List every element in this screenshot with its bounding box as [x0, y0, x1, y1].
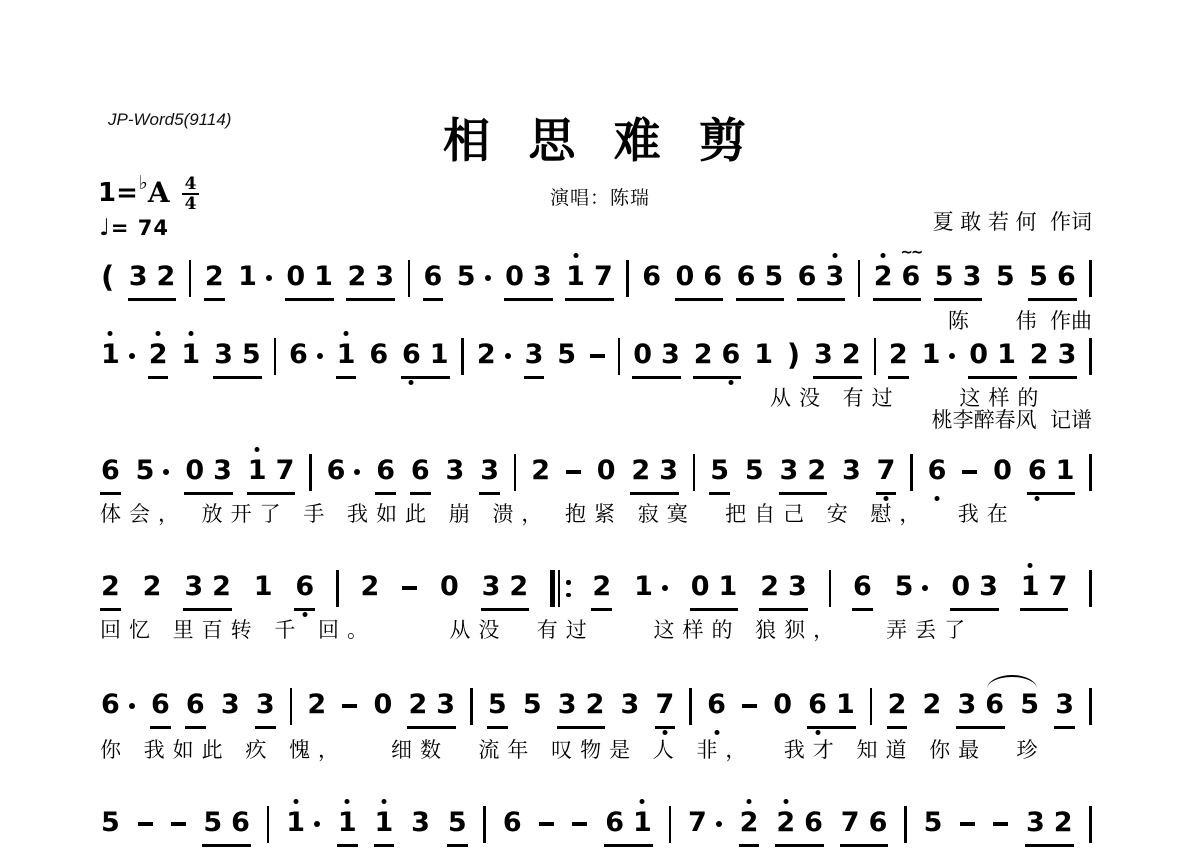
- beam-group: [538, 806, 555, 830]
- note: 2: [307, 688, 326, 722]
- parenthesis: ): [787, 338, 800, 372]
- dash-note: [566, 470, 581, 474]
- beam-group: 6: [641, 260, 662, 298]
- music-line-3: 6503176663320235532376061: [100, 454, 1092, 495]
- octave-down-dot: [1035, 496, 1040, 501]
- beam-group: 61: [807, 688, 856, 729]
- beam-group: 6: [927, 454, 948, 492]
- note: 1: [101, 338, 120, 372]
- note: 3: [979, 570, 998, 604]
- beam-group: 7: [876, 454, 897, 495]
- note: 3: [957, 688, 976, 722]
- note-number: 6: [737, 261, 756, 292]
- octave-up-dot: [1028, 563, 1033, 568]
- note-number: 6: [295, 571, 314, 602]
- octave-up-dot: [156, 331, 161, 336]
- octave-up-dot: [783, 799, 788, 804]
- note-number: 3: [780, 455, 799, 486]
- octave-up-dot: [108, 331, 113, 336]
- note-number: 2: [874, 261, 893, 292]
- note: 1: [633, 806, 652, 840]
- note-number: 1: [101, 339, 120, 370]
- note: 0: [185, 454, 204, 488]
- note-number: 2: [760, 571, 779, 602]
- note: 2: [874, 260, 893, 294]
- beam-group: 0: [772, 688, 793, 726]
- note-number: 3: [1058, 339, 1077, 370]
- beam-group: 2: [359, 570, 380, 608]
- note: 5: [203, 806, 222, 840]
- dash-note: [402, 586, 417, 590]
- beam-group: 32: [1025, 806, 1074, 847]
- meter-numerator: 4: [182, 175, 200, 193]
- beam-group: [341, 688, 358, 712]
- beam-group: [741, 688, 758, 712]
- beam-group: 56: [202, 806, 251, 847]
- note-number: 3: [979, 571, 998, 602]
- dash-note: [960, 822, 975, 826]
- beam-group: 36: [956, 688, 1005, 729]
- note-number: 2: [143, 571, 162, 602]
- beam-group: 5: [1019, 688, 1040, 726]
- note-number: 7: [594, 261, 613, 292]
- note-number: 5: [764, 261, 783, 292]
- note-number: 2: [888, 689, 907, 720]
- dotted-note-dot: [505, 353, 511, 359]
- note-number: 2: [531, 455, 550, 486]
- note: 6: [151, 688, 170, 722]
- note: 7: [276, 454, 295, 488]
- note-number: 6: [1057, 261, 1076, 292]
- note-number: 7: [877, 455, 896, 486]
- note: 2: [212, 570, 231, 604]
- beam-group: 6: [288, 338, 324, 376]
- dotted-note-dot: [662, 585, 668, 591]
- note: 6: [101, 454, 120, 488]
- repeat-dots: [566, 580, 571, 597]
- note-number: 3: [1055, 689, 1074, 720]
- dotted-note-dot: [163, 469, 169, 475]
- note-number: 3: [184, 571, 203, 602]
- note-number: 6: [101, 455, 120, 486]
- note-number: 1: [254, 571, 273, 602]
- note: 2: [360, 570, 379, 604]
- repeat-dot: [566, 593, 571, 598]
- beam-group: [992, 806, 1009, 830]
- beam-group: 03: [504, 260, 553, 301]
- note-number: 3: [411, 807, 430, 838]
- repeat-dot: [566, 580, 571, 585]
- beam-group: 2: [100, 570, 121, 611]
- note: 1: [338, 806, 357, 840]
- note: 6: [737, 260, 756, 294]
- note-number: 6: [853, 571, 872, 602]
- note-number: 6: [151, 689, 170, 720]
- barline-icon: [461, 338, 464, 375]
- note: 2: [101, 570, 120, 604]
- note: 3: [184, 570, 203, 604]
- beam-group: [137, 806, 154, 830]
- lyrics-row-4: 你 我如此 疚 愧， 细数 流年 叹物是 人 非， 我才 知道 你最 珍: [100, 734, 1045, 764]
- beam-group: 3: [1054, 688, 1075, 729]
- note: 3: [375, 260, 394, 294]
- octave-up-dot: [345, 799, 350, 804]
- beam-group: 1: [374, 806, 395, 847]
- beam-group: 3: [445, 454, 466, 492]
- beam-group: 2: [530, 454, 551, 492]
- note-number: 6: [642, 261, 661, 292]
- note: 7: [877, 454, 896, 488]
- note: 2: [776, 806, 795, 840]
- note-number: 2: [149, 339, 168, 370]
- meter-denominator: 4: [182, 193, 200, 213]
- note-number: 1: [836, 689, 855, 720]
- note-number: 3: [214, 339, 233, 370]
- note: 1: [248, 454, 267, 488]
- note: 1: [997, 338, 1016, 372]
- note: 2: [592, 570, 611, 604]
- note: 2: [408, 688, 427, 722]
- note: 7: [1049, 570, 1068, 604]
- note-number: 5: [242, 339, 261, 370]
- note-number: 1: [375, 807, 394, 838]
- note-number: 6: [869, 807, 888, 838]
- beam-group: 23: [407, 688, 456, 729]
- beam-group: 7: [655, 688, 676, 729]
- note: 2: [694, 338, 713, 372]
- note: 3: [788, 570, 807, 604]
- beam-group: 35: [213, 338, 262, 379]
- note-number: 5: [101, 807, 120, 838]
- note-number: 1: [430, 339, 449, 370]
- note: 5: [136, 454, 155, 488]
- note-number: 1: [997, 339, 1016, 370]
- beam-group: 53: [934, 260, 983, 301]
- beam-group: 0: [373, 688, 394, 726]
- barline-icon: [1089, 260, 1092, 297]
- beam-group: 5: [894, 570, 930, 608]
- note-number: 5: [996, 261, 1015, 292]
- note: 3: [1026, 806, 1045, 840]
- note-number: 6: [804, 807, 823, 838]
- beam-group: 5: [744, 454, 765, 492]
- octave-down-dot: [409, 380, 414, 385]
- beam-group: 56: [1028, 260, 1077, 301]
- note-number: 2: [740, 807, 759, 838]
- beam-group: 5: [135, 454, 171, 492]
- beam-group: 76: [840, 806, 889, 847]
- note: 7: [594, 260, 613, 294]
- beam-group: 2: [591, 570, 612, 611]
- repeat-thin-bar: [558, 570, 560, 607]
- note-number: 6: [411, 455, 430, 486]
- note-number: 5: [1020, 689, 1039, 720]
- note: 1: [337, 338, 356, 372]
- note-number: 6: [101, 689, 120, 720]
- note-number: 5: [457, 261, 476, 292]
- tie-arc: [987, 675, 1037, 689]
- beam-group: 23: [1029, 338, 1078, 379]
- note-number: 5: [203, 807, 222, 838]
- note: 6: [376, 454, 395, 488]
- barline-icon: [870, 688, 873, 725]
- note: 3: [842, 454, 861, 488]
- barline-icon: [470, 688, 473, 725]
- note-number: 2: [694, 339, 713, 370]
- note: 2: [1054, 806, 1073, 840]
- barline-icon: [1089, 338, 1092, 375]
- beam-group: 1: [253, 570, 274, 608]
- beam-group: 6: [410, 454, 431, 495]
- note-number: 7: [1049, 571, 1068, 602]
- beam-group: [961, 454, 978, 478]
- beam-group: 2: [148, 338, 169, 379]
- beam-group: 2: [887, 688, 908, 729]
- beam-group: 2: [922, 688, 943, 726]
- note-number: 1: [337, 339, 356, 370]
- note-number: 3: [375, 261, 394, 292]
- note-number: 1: [238, 261, 257, 292]
- note: 0: [969, 338, 988, 372]
- music-line-5: 6663320235532376061223653: [100, 688, 1092, 729]
- note-number: 3: [256, 689, 275, 720]
- note: 2: [347, 260, 366, 294]
- note-number: 7: [688, 807, 707, 838]
- note: 1: [1021, 570, 1040, 604]
- beam-group: 7: [687, 806, 723, 844]
- dotted-note-dot: [354, 469, 360, 475]
- key-note: A: [148, 176, 170, 210]
- barline-icon: [874, 338, 877, 375]
- dotted-note-dot: [129, 703, 135, 709]
- note-number: 6: [503, 807, 522, 838]
- beam-group: ): [786, 338, 801, 376]
- note: 3: [256, 688, 275, 722]
- beam-group: 01: [690, 570, 739, 611]
- note-number: 5: [1029, 261, 1048, 292]
- beam-group: 63: [797, 260, 846, 301]
- beam-group: 61: [1027, 454, 1076, 495]
- note-number: 1: [338, 807, 357, 838]
- note-number: 0: [505, 261, 524, 292]
- beam-group: 06: [675, 260, 724, 301]
- barline-icon: [408, 260, 411, 297]
- note-number: 1: [754, 339, 773, 370]
- note: 5: [1020, 688, 1039, 722]
- note: 5: [924, 806, 943, 840]
- note-number: 6: [186, 689, 205, 720]
- note-number: 2: [631, 455, 650, 486]
- note: 3: [129, 260, 148, 294]
- note: 5: [895, 570, 914, 604]
- note: 2: [807, 454, 826, 488]
- note-number: 6: [985, 689, 1004, 720]
- note-number: 0: [676, 261, 695, 292]
- beam-group: 6: [375, 454, 396, 495]
- note: 0: [597, 454, 616, 488]
- barline-icon: [514, 454, 517, 491]
- dash-note: [138, 822, 153, 826]
- note-number: 2: [307, 689, 326, 720]
- barline-icon: [309, 454, 312, 491]
- dash-note: [171, 822, 186, 826]
- note: 5: [101, 806, 120, 840]
- note: 6: [402, 338, 421, 372]
- beam-group: 2: [306, 688, 327, 726]
- beam-group: 1: [237, 260, 273, 298]
- dash-note: [539, 822, 554, 826]
- key-signature: 1= ♭ A 4 4: [98, 176, 199, 214]
- note-number: 3: [788, 571, 807, 602]
- beam-group: 5: [100, 806, 121, 844]
- beam-group: 5: [995, 260, 1016, 298]
- note-number: 0: [185, 455, 204, 486]
- barline-icon: [1089, 806, 1092, 843]
- beam-group: [589, 338, 606, 362]
- note: 0: [691, 570, 710, 604]
- parenthesis: (: [101, 260, 114, 294]
- note-number: 1: [314, 261, 333, 292]
- note-number: 3: [446, 455, 465, 486]
- note-number: 3: [482, 571, 501, 602]
- note-number: 2: [889, 339, 908, 370]
- lyrics-row-2: 体会， 放开了 手 我如此 崩 溃， 抱紧 寂寞 把自己 安 慰， 我在: [100, 498, 1016, 528]
- beam-group: 01: [968, 338, 1017, 379]
- octave-up-dot: [381, 799, 386, 804]
- note-number: 2: [509, 571, 528, 602]
- note: 6: [411, 454, 430, 488]
- note: 2: [631, 454, 650, 488]
- note: 6: [503, 806, 522, 840]
- beam-group: 17: [565, 260, 614, 301]
- beam-group: 6: [423, 260, 444, 301]
- note-number: 1: [1021, 571, 1040, 602]
- note: 3: [436, 688, 455, 722]
- beam-group: 6: [326, 454, 362, 492]
- octave-up-dot: [640, 799, 645, 804]
- note-number: 0: [286, 261, 305, 292]
- note: 3: [213, 454, 232, 488]
- beam-group: 1: [285, 806, 321, 844]
- barline-icon: [336, 570, 339, 607]
- note: 1: [922, 338, 941, 372]
- note: 3: [446, 454, 465, 488]
- octave-up-dot: [573, 253, 578, 258]
- note-number: 5: [895, 571, 914, 602]
- note: 3: [214, 338, 233, 372]
- note: 5: [557, 338, 576, 372]
- beam-group: 5: [709, 454, 730, 495]
- barline-icon: [904, 806, 907, 843]
- note: 3: [825, 260, 844, 294]
- dash-note: [572, 822, 587, 826]
- note: 1: [181, 338, 200, 372]
- note: 0: [951, 570, 970, 604]
- beam-group: 1: [337, 806, 358, 847]
- note: 7: [688, 806, 707, 840]
- note: 6: [605, 806, 624, 840]
- beam-group: 5: [923, 806, 944, 844]
- beam-group: [565, 454, 582, 478]
- note-number: 2: [101, 571, 120, 602]
- note: 1: [754, 338, 773, 372]
- note-number: 7: [276, 455, 295, 486]
- lyrics-row-3: 回忆 里百转 千 回。 从没 有过 这样的 狼狈， 弄丢了: [100, 614, 973, 644]
- note-number: 2: [157, 261, 176, 292]
- note-number: 5: [745, 455, 764, 486]
- note: 2: [531, 454, 550, 488]
- note-number: 2: [586, 689, 605, 720]
- beam-group: 3: [524, 338, 545, 379]
- beam-group: 6: [706, 688, 727, 726]
- barline-icon: [1089, 570, 1092, 607]
- note: 1: [566, 260, 585, 294]
- time-signature: 4 4: [182, 175, 200, 213]
- beam-group: [571, 806, 588, 830]
- note: 6: [1057, 260, 1076, 294]
- note: 5: [457, 260, 476, 294]
- note-number: 6: [376, 455, 395, 486]
- note: 5: [745, 454, 764, 488]
- note: 6: [424, 260, 443, 294]
- beam-group: 2: [739, 806, 760, 847]
- note: 6: [289, 338, 308, 372]
- note-number: 0: [374, 689, 393, 720]
- quarter-note-icon: ♩: [99, 215, 111, 241]
- beam-group: 17: [1020, 570, 1069, 611]
- music-line-4: 2232162032210123650317: [100, 570, 1092, 611]
- beam-group: 5: [556, 338, 577, 376]
- octave-up-dot: [344, 331, 349, 336]
- beam-group: 3: [620, 688, 641, 726]
- barline-icon: [693, 454, 696, 491]
- note-number: 3: [661, 339, 680, 370]
- note-number: 0: [951, 571, 970, 602]
- note-number: 2: [347, 261, 366, 292]
- octave-up-dot: [293, 799, 298, 804]
- note: 5: [242, 338, 261, 372]
- note: 6: [722, 338, 741, 372]
- beam-group: 6: [368, 338, 389, 376]
- note-number: 1: [633, 807, 652, 838]
- beam-group: 5: [456, 260, 492, 298]
- note-number: 6: [289, 339, 308, 370]
- note: 0: [633, 338, 652, 372]
- note-number: 2: [807, 455, 826, 486]
- note: 5: [935, 260, 954, 294]
- note: 2: [889, 338, 908, 372]
- mordent-icon: ~~: [900, 243, 921, 261]
- note: 3: [963, 260, 982, 294]
- beam-group: 32: [183, 570, 232, 611]
- octave-up-dot: [881, 253, 886, 258]
- dotted-note-dot: [716, 821, 722, 827]
- note-number: 1: [181, 339, 200, 370]
- note: 2: [740, 806, 759, 840]
- note-number: 3: [825, 261, 844, 292]
- note: 5: [996, 260, 1015, 294]
- note: 6: [1028, 454, 1047, 488]
- note: 6: [186, 688, 205, 722]
- note-number: 7: [656, 689, 675, 720]
- note: 2: [143, 570, 162, 604]
- barline-icon: [290, 688, 293, 725]
- note: 3: [780, 454, 799, 488]
- beam-group: 2: [142, 570, 163, 608]
- note-number: 2: [923, 689, 942, 720]
- barline-icon: [858, 260, 861, 297]
- note: 3: [814, 338, 833, 372]
